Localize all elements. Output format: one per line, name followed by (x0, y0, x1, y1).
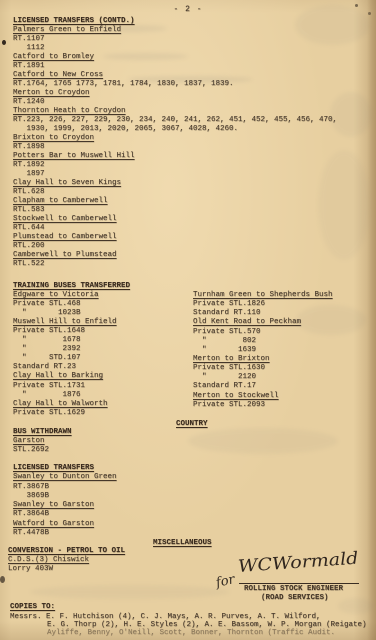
fleet-numbers: RTL.644 (13, 224, 337, 233)
fleet-numbers: RT.223, 226, 227, 229, 230, 234, 240, 24… (13, 116, 337, 125)
scanned-memo-page: - 2 - LICENSED TRANSFERS (CONTD.) Palmer… (0, 0, 376, 640)
fleet-numbers: Private STL.2093 (193, 401, 333, 410)
fleet-numbers: " 1023B (13, 309, 130, 318)
route-name: Swanley to Dunton Green (13, 473, 117, 482)
fleet-numbers: " 1678 (13, 336, 130, 345)
section-heading: LICENSED TRANSFERS (13, 464, 117, 473)
fleet-numbers: RTL.522 (13, 260, 337, 269)
section-heading: LICENSED TRANSFERS (CONTD.) (13, 17, 337, 26)
smudge-mark (330, 92, 372, 137)
route-name: Camberwell to Plumstead (13, 251, 337, 260)
section-miscellaneous: MISCELLANEOUS (153, 539, 212, 547)
fleet-numbers: 1930, 1999, 2013, 2020, 2065, 3067, 4028… (13, 125, 337, 134)
smudge-mark (128, 76, 253, 83)
smudge-mark (338, 598, 374, 614)
route-name: Clapham to Camberwell (13, 197, 337, 206)
route-name: Merton to Croydon (13, 89, 337, 98)
fleet-numbers: " 802 (193, 337, 333, 346)
fleet-numbers: RT.1898 (13, 143, 337, 152)
section-heading: BUS WITHDRAWN (13, 428, 72, 437)
fleet-numbers: RT.3867B (13, 483, 117, 492)
fleet-numbers: Private STL.1648 (13, 327, 130, 336)
fleet-numbers: RTL.628 (13, 188, 337, 197)
copies-line: Messrs. E. F. Hutchison (4), C. J. Mays,… (10, 613, 367, 621)
smudge-mark (188, 428, 338, 454)
smudge-mark (30, 585, 230, 599)
section-heading: TRAINING BUSES TRANSFERRED (13, 282, 130, 291)
route-name: Plumstead to Camberwell (13, 233, 337, 242)
section-heading: MISCELLANEOUS (153, 539, 212, 547)
ink-speck (0, 576, 5, 583)
fleet-numbers: " 1639 (193, 346, 333, 355)
route-name: Stockwell to Camberwell (13, 215, 337, 224)
section-conversion: CONVERSION - PETROL TO OIL C.D.S.(3) Chi… (8, 547, 125, 574)
route-name: Garston (13, 437, 72, 446)
copies-line: Ayliffe, Benny, O'Neill, Scott, Bonner, … (10, 629, 367, 637)
section-heading: COPIES TO: (10, 603, 367, 611)
fleet-numbers: 3869B (13, 492, 117, 501)
fleet-numbers: RT.3864B (13, 510, 117, 519)
fleet-numbers: STL.2692 (13, 446, 72, 455)
route-name: Thornton Heath to Croydon (13, 107, 337, 116)
section-copies: COPIES TO: Messrs. E. F. Hutchison (4), … (10, 603, 367, 637)
signatory-subtitle: (ROAD SERVICES) (261, 594, 329, 602)
route-name: Brixton to Croydon (13, 134, 337, 143)
route-name: Turnham Green to Shepherds Bush (193, 291, 333, 300)
route-name: Muswell Hill to Enfield (13, 318, 130, 327)
route-name: Watford to Garston (13, 520, 117, 529)
fleet-numbers: RT.1107 (13, 35, 337, 44)
ink-speck (2, 40, 6, 45)
copies-line: E. G. Thorp (2), H. E. Styles (2), A. E.… (10, 621, 367, 629)
fleet-numbers: " 1876 (13, 391, 130, 400)
handwritten-signature: WCWormald (237, 549, 359, 577)
route-name: Potters Bar to Muswell Hill (13, 152, 337, 161)
fleet-numbers: RT.1892 (13, 161, 337, 170)
section-heading: COUNTRY (176, 420, 208, 428)
fleet-numbers: Private STL.1629 (13, 409, 130, 418)
fleet-numbers: Standard RT.17 (193, 382, 333, 391)
route-name: Palmers Green to Enfield (13, 26, 337, 35)
signatory-title: ROLLING STOCK ENGINEER (244, 585, 343, 593)
route-name: C.D.S.(3) Chiswick (8, 556, 125, 565)
route-name: Clay Hall to Barking (13, 372, 130, 381)
route-name: Clay Hall to Seven Kings (13, 179, 337, 188)
section-licensed-transfers-country: LICENSED TRANSFERS Swanley to Dunton Gre… (13, 464, 117, 538)
section-heading: CONVERSION - PETROL TO OIL (8, 547, 125, 556)
route-name: Merton to Stockwell (193, 392, 333, 401)
fleet-numbers: RT.1891 (13, 62, 337, 71)
fleet-numbers: Private STL.1731 (13, 382, 130, 391)
section-bus-withdrawn: BUS WITHDRAWN Garston STL.2692 (13, 428, 72, 455)
smudge-mark (295, 5, 370, 45)
section-training-buses-left: TRAINING BUSES TRANSFERRED Edgware to Vi… (13, 282, 130, 418)
smudge-mark (296, 305, 366, 335)
smudge-mark (318, 150, 370, 260)
section-country: COUNTRY (176, 420, 208, 428)
fleet-numbers: Lorry 403W (8, 565, 125, 574)
ink-speck (368, 12, 371, 15)
fleet-numbers: Private STL.468 (13, 300, 130, 309)
fleet-numbers: RTL.200 (13, 242, 337, 251)
smudge-mark (92, 25, 167, 32)
fleet-numbers: RT.1240 (13, 98, 337, 107)
route-name: Edgware to Victoria (13, 291, 130, 300)
fleet-numbers: Private STL.1630 (193, 364, 333, 373)
route-name: Merton to Brixton (193, 355, 333, 364)
route-name: Clay Hall to Walworth (13, 400, 130, 409)
smudge-mark (103, 53, 188, 60)
fleet-numbers: 1112 (13, 44, 337, 53)
signature-rule-line (239, 583, 359, 584)
ink-speck (355, 4, 358, 7)
fleet-numbers: RT.4478B (13, 529, 117, 538)
scan-edge-shadow (367, 0, 376, 640)
fleet-numbers: 1897 (13, 170, 337, 179)
fleet-numbers: RTL.583 (13, 206, 337, 215)
